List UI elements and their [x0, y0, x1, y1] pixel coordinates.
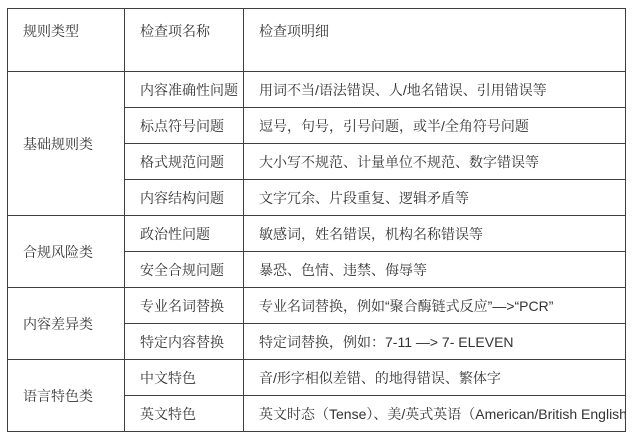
check-item-detail-cell: 敏感词，姓名错误，机构名称错误等 — [244, 216, 626, 252]
check-item-name-cell: 安全合规问题 — [125, 252, 244, 288]
check-item-detail-cell: 大小写不规范、计量单位不规范、数字错误等 — [244, 144, 626, 180]
check-item-detail-cell: 英文时态（Tense）、美/英式英语（American/British Engl… — [244, 396, 626, 432]
table-row: 合规风险类 政治性问题 敏感词，姓名错误，机构名称错误等 — [8, 216, 626, 252]
check-item-detail-cell: 暴恐、色情、违禁、侮辱等 — [244, 252, 626, 288]
rules-table: 规则类型 检查项名称 检查项明细 基础规则类 内容准确性问题 用词不当/语法错误… — [7, 8, 626, 432]
table-row: 内容差异类 专业名词替换 专业名词替换，例如“聚合酶链式反应”—>“PCR” — [8, 288, 626, 324]
check-item-name-cell: 专业名词替换 — [125, 288, 244, 324]
table-row: 语言特色类 中文特色 音/形字相似差错、的地得错误、繁体字 — [8, 360, 626, 396]
category-cell-basic-rules: 基础规则类 — [8, 72, 125, 216]
check-item-name-cell: 特定内容替换 — [125, 324, 244, 360]
check-item-detail-cell: 音/形字相似差错、的地得错误、繁体字 — [244, 360, 626, 396]
check-item-name-cell: 内容准确性问题 — [125, 72, 244, 108]
category-cell-language-feature: 语言特色类 — [8, 360, 125, 432]
check-item-detail-cell: 特定词替换，例如：7-11 —> 7- ELEVEN — [244, 324, 626, 360]
check-item-detail-cell: 逗号，句号，引号问题，或半/全角符号问题 — [244, 108, 626, 144]
category-cell-compliance-risk: 合规风险类 — [8, 216, 125, 288]
category-cell-content-difference: 内容差异类 — [8, 288, 125, 360]
check-item-name-cell: 英文特色 — [125, 396, 244, 432]
page: 规则类型 检查项名称 检查项明细 基础规则类 内容准确性问题 用词不当/语法错误… — [0, 0, 634, 444]
header-check-item-name: 检查项名称 — [125, 9, 244, 72]
header-check-item-detail: 检查项明细 — [244, 9, 626, 72]
header-rule-type: 规则类型 — [8, 9, 125, 72]
check-item-name-cell: 政治性问题 — [125, 216, 244, 252]
check-item-detail-cell: 用词不当/语法错误、人/地名错误、引用错误等 — [244, 72, 626, 108]
check-item-name-cell: 内容结构问题 — [125, 180, 244, 216]
check-item-detail-cell: 专业名词替换，例如“聚合酶链式反应”—>“PCR” — [244, 288, 626, 324]
check-item-name-cell: 标点符号问题 — [125, 108, 244, 144]
check-item-detail-cell: 文字冗余、片段重复、逻辑矛盾等 — [244, 180, 626, 216]
table-row: 基础规则类 内容准确性问题 用词不当/语法错误、人/地名错误、引用错误等 — [8, 72, 626, 108]
table-header-row: 规则类型 检查项名称 检查项明细 — [8, 9, 626, 72]
check-item-name-cell: 格式规范问题 — [125, 144, 244, 180]
check-item-name-cell: 中文特色 — [125, 360, 244, 396]
